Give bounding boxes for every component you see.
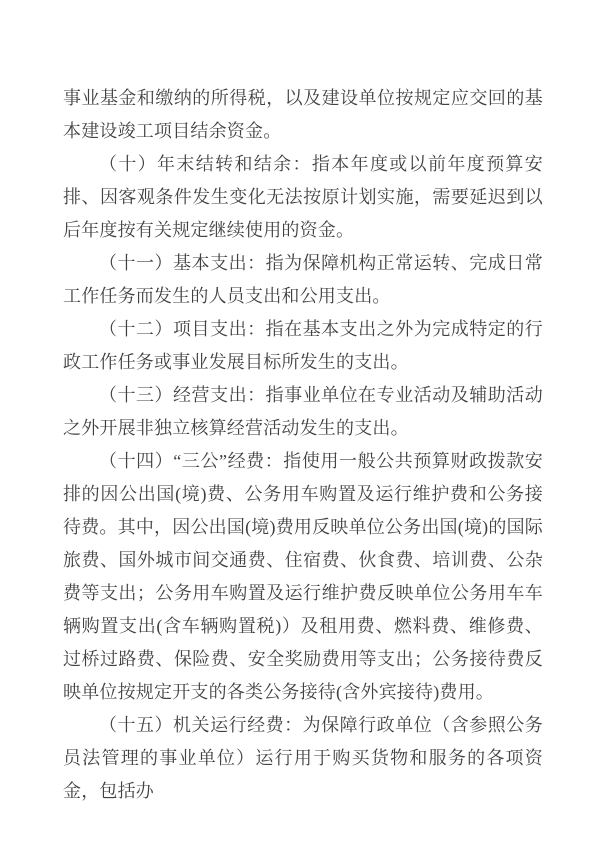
paragraph-item-12: （十二）项目支出：指在基本支出之外为完成特定的行政工作任务或事业发展目标所发生的… [63, 313, 543, 379]
paragraph-continuation: 事业基金和缴纳的所得税，以及建设单位按规定应交回的基本建设竣工项目结余资金。 [63, 82, 543, 148]
paragraph-item-13: （十三）经营支出：指事业单位在专业活动及辅助活动之外开展非独立核算经营活动发生的… [63, 379, 543, 445]
paragraph-item-14: （十四）“三公”经费：指使用一般公共预算财政拨款安排的因公出国(境)费、公务用车… [63, 445, 543, 709]
paragraph-item-11: （十一）基本支出：指为保障机构正常运转、完成日常工作任务而发生的人员支出和公用支… [63, 247, 543, 313]
paragraph-item-10: （十）年末结转和结余：指本年度或以前年度预算安排、因客观条件发生变化无法按原计划… [63, 148, 543, 247]
paragraph-item-15: （十五）机关运行经费：为保障行政单位（含参照公务员法管理的事业单位）运行用于购买… [63, 709, 543, 808]
document-text-block: 事业基金和缴纳的所得税，以及建设单位按规定应交回的基本建设竣工项目结余资金。 （… [63, 82, 543, 808]
document-page: 事业基金和缴纳的所得税，以及建设单位按规定应交回的基本建设竣工项目结余资金。 （… [0, 0, 600, 848]
